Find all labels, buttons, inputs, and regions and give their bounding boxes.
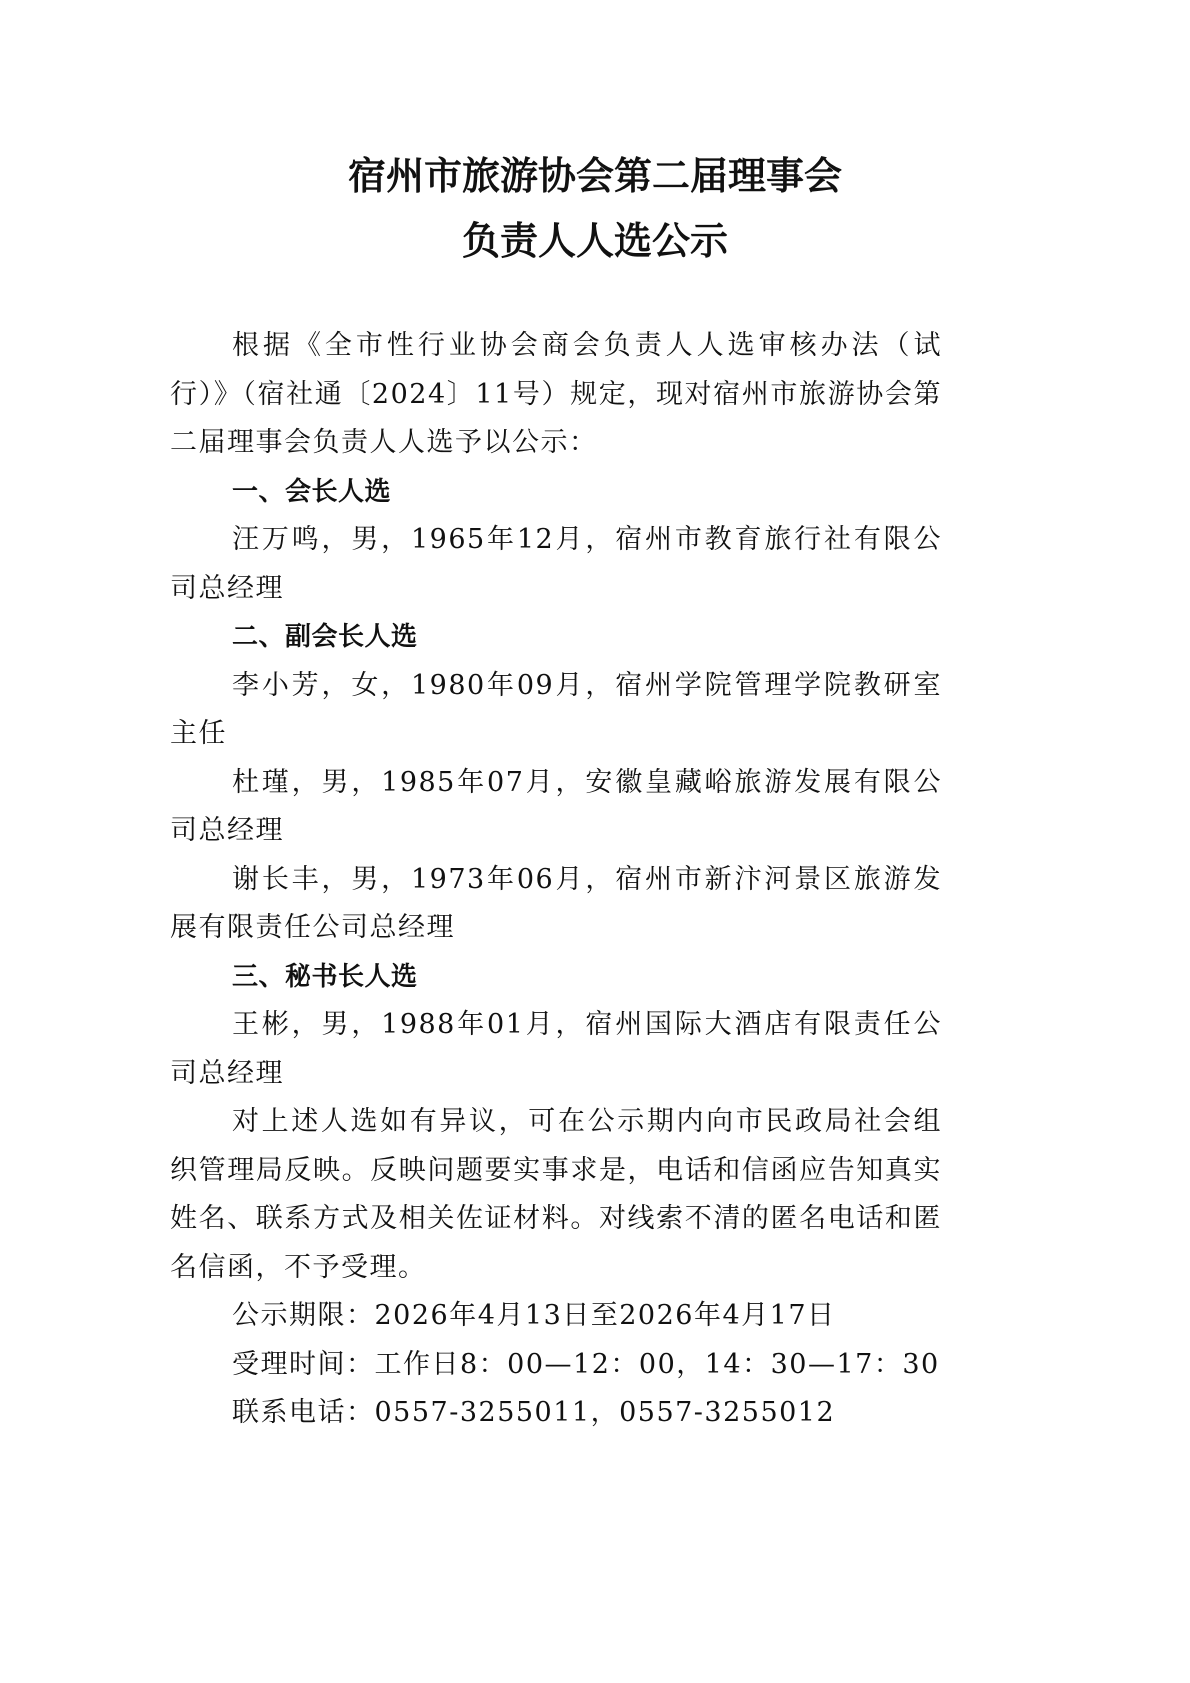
document-title-line1: 宿州市旅游协会第二届理事会 xyxy=(0,157,1190,195)
document-page: 宿州市旅游协会第二届理事会 负责人人选公示 根据《全市性行业协会商会负责人人选审… xyxy=(0,0,1190,1683)
section-heading: 二、副会长人选 xyxy=(170,613,942,662)
candidate-entry: 杜瑾，男，1985年07月，安徽皇藏峪旅游发展有限公司总经理 xyxy=(170,759,942,856)
section-president: 一、会长人选 汪万鸣，男，1965年12月，宿州市教育旅行社有限公司总经理 xyxy=(170,468,942,614)
objection-notice-paragraph: 对上述人选如有异议，可在公示期内向市民政局社会组织管理局反映。反映问题要实事求是… xyxy=(170,1098,942,1292)
candidate-entry: 王彬，男，1988年01月，宿州国际大酒店有限责任公司总经理 xyxy=(170,1001,942,1098)
section-heading: 一、会长人选 xyxy=(170,468,942,517)
document-body: 根据《全市性行业协会商会负责人人选审核办法（试行）》（宿社通〔2024〕11号）… xyxy=(170,322,942,1438)
candidate-entry: 汪万鸣，男，1965年12月，宿州市教育旅行社有限公司总经理 xyxy=(170,516,942,613)
section-secretary-general: 三、秘书长人选 王彬，男，1988年01月，宿州国际大酒店有限责任公司总经理 xyxy=(170,953,942,1099)
document-title-line2: 负责人人选公示 xyxy=(0,222,1190,260)
candidate-entry: 谢长丰，男，1973年06月，宿州市新汴河景区旅游发展有限责任公司总经理 xyxy=(170,856,942,953)
candidate-entry: 李小芳，女，1980年09月，宿州学院管理学院教研室主任 xyxy=(170,662,942,759)
publicity-period: 公示期限：2026年4月13日至2026年4月17日 xyxy=(170,1292,942,1341)
section-vice-president: 二、副会长人选 李小芳，女，1980年09月，宿州学院管理学院教研室主任 杜瑾，… xyxy=(170,613,942,953)
section-heading: 三、秘书长人选 xyxy=(170,953,942,1002)
intro-paragraph: 根据《全市性行业协会商会负责人人选审核办法（试行）》（宿社通〔2024〕11号）… xyxy=(170,322,942,468)
acceptance-hours: 受理时间：工作日8：00—12：00，14：30—17：30 xyxy=(170,1341,942,1390)
contact-phone: 联系电话：0557-3255011，0557-3255012 xyxy=(170,1389,942,1438)
